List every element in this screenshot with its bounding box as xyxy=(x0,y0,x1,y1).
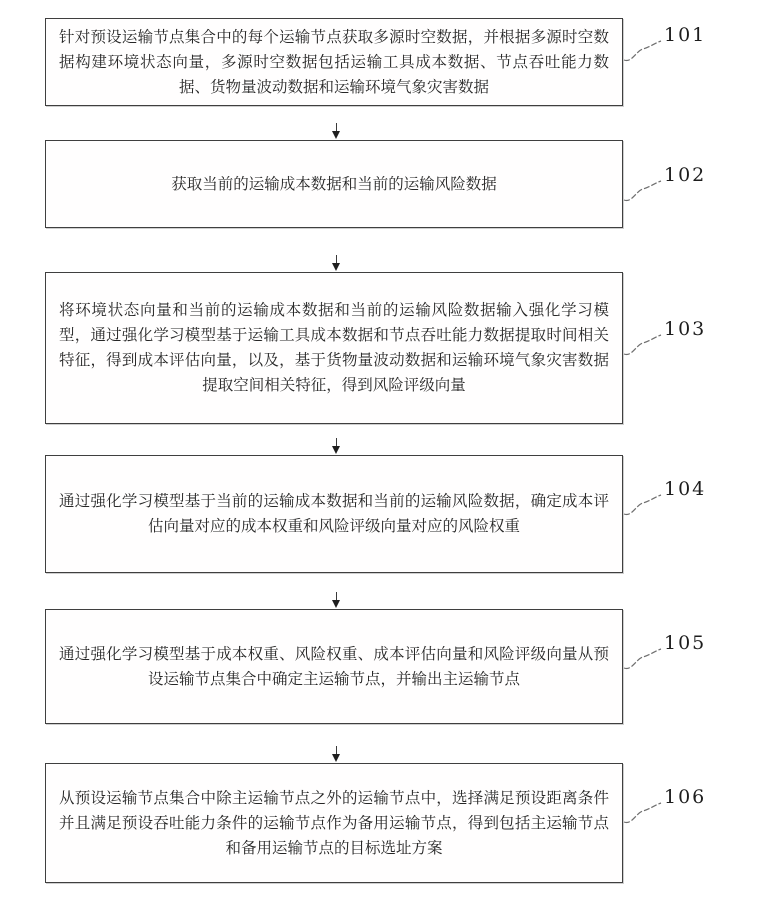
step-ref-label-105: 105 xyxy=(664,632,716,654)
down-arrow-icon xyxy=(330,746,342,762)
step-ref-label-101: 101 xyxy=(664,24,716,46)
flow-step-box-104: 通过强化学习模型基于当前的运输成本数据和当前的运输风险数据，确定成本评估向量对应… xyxy=(45,455,623,573)
leader-line-102 xyxy=(623,177,663,203)
flowchart-figure: 针对预设运输节点集合中的每个运输节点获取多源时空数据，并根据多源时空数据构建环境… xyxy=(0,0,770,922)
step-ref-label-104: 104 xyxy=(664,478,716,500)
step-ref-label-103: 103 xyxy=(664,318,716,340)
flow-step-text-103: 将环境状态向量和当前的运输成本数据和当前的运输风险数据输入强化学习模型，通过强化… xyxy=(46,294,622,402)
flow-step-box-105: 通过强化学习模型基于成本权重、风险权重、成本评估向量和风险评级向量从预设运输节点… xyxy=(45,609,623,724)
flow-step-box-102: 获取当前的运输成本数据和当前的运输风险数据 xyxy=(45,140,623,228)
down-arrow-icon xyxy=(330,255,342,271)
flow-step-text-104: 通过强化学习模型基于当前的运输成本数据和当前的运输风险数据，确定成本评估向量对应… xyxy=(46,485,622,543)
flow-step-text-105: 通过强化学习模型基于成本权重、风险权重、成本评估向量和风险评级向量从预设运输节点… xyxy=(46,638,622,696)
leader-line-103 xyxy=(623,331,663,357)
step-ref-label-106: 106 xyxy=(664,786,716,808)
leader-line-101 xyxy=(623,37,663,63)
leader-line-105 xyxy=(623,645,663,671)
flow-step-text-106: 从预设运输节点集合中除主运输节点之外的运输节点中，选择满足预设距离条件并且满足预… xyxy=(46,782,622,865)
leader-line-106 xyxy=(623,799,663,825)
flow-step-box-106: 从预设运输节点集合中除主运输节点之外的运输节点中，选择满足预设距离条件并且满足预… xyxy=(45,763,623,883)
down-arrow-icon xyxy=(330,438,342,454)
down-arrow-icon xyxy=(330,123,342,139)
leader-line-104 xyxy=(623,491,663,517)
step-ref-label-102: 102 xyxy=(664,164,716,186)
flow-step-box-103: 将环境状态向量和当前的运输成本数据和当前的运输风险数据输入强化学习模型，通过强化… xyxy=(45,272,623,424)
flow-step-text-101: 针对预设运输节点集合中的每个运输节点获取多源时空数据，并根据多源时空数据构建环境… xyxy=(46,21,622,104)
flow-step-box-101: 针对预设运输节点集合中的每个运输节点获取多源时空数据，并根据多源时空数据构建环境… xyxy=(45,18,623,106)
down-arrow-icon xyxy=(330,592,342,608)
flow-step-text-102: 获取当前的运输成本数据和当前的运输风险数据 xyxy=(158,168,510,201)
